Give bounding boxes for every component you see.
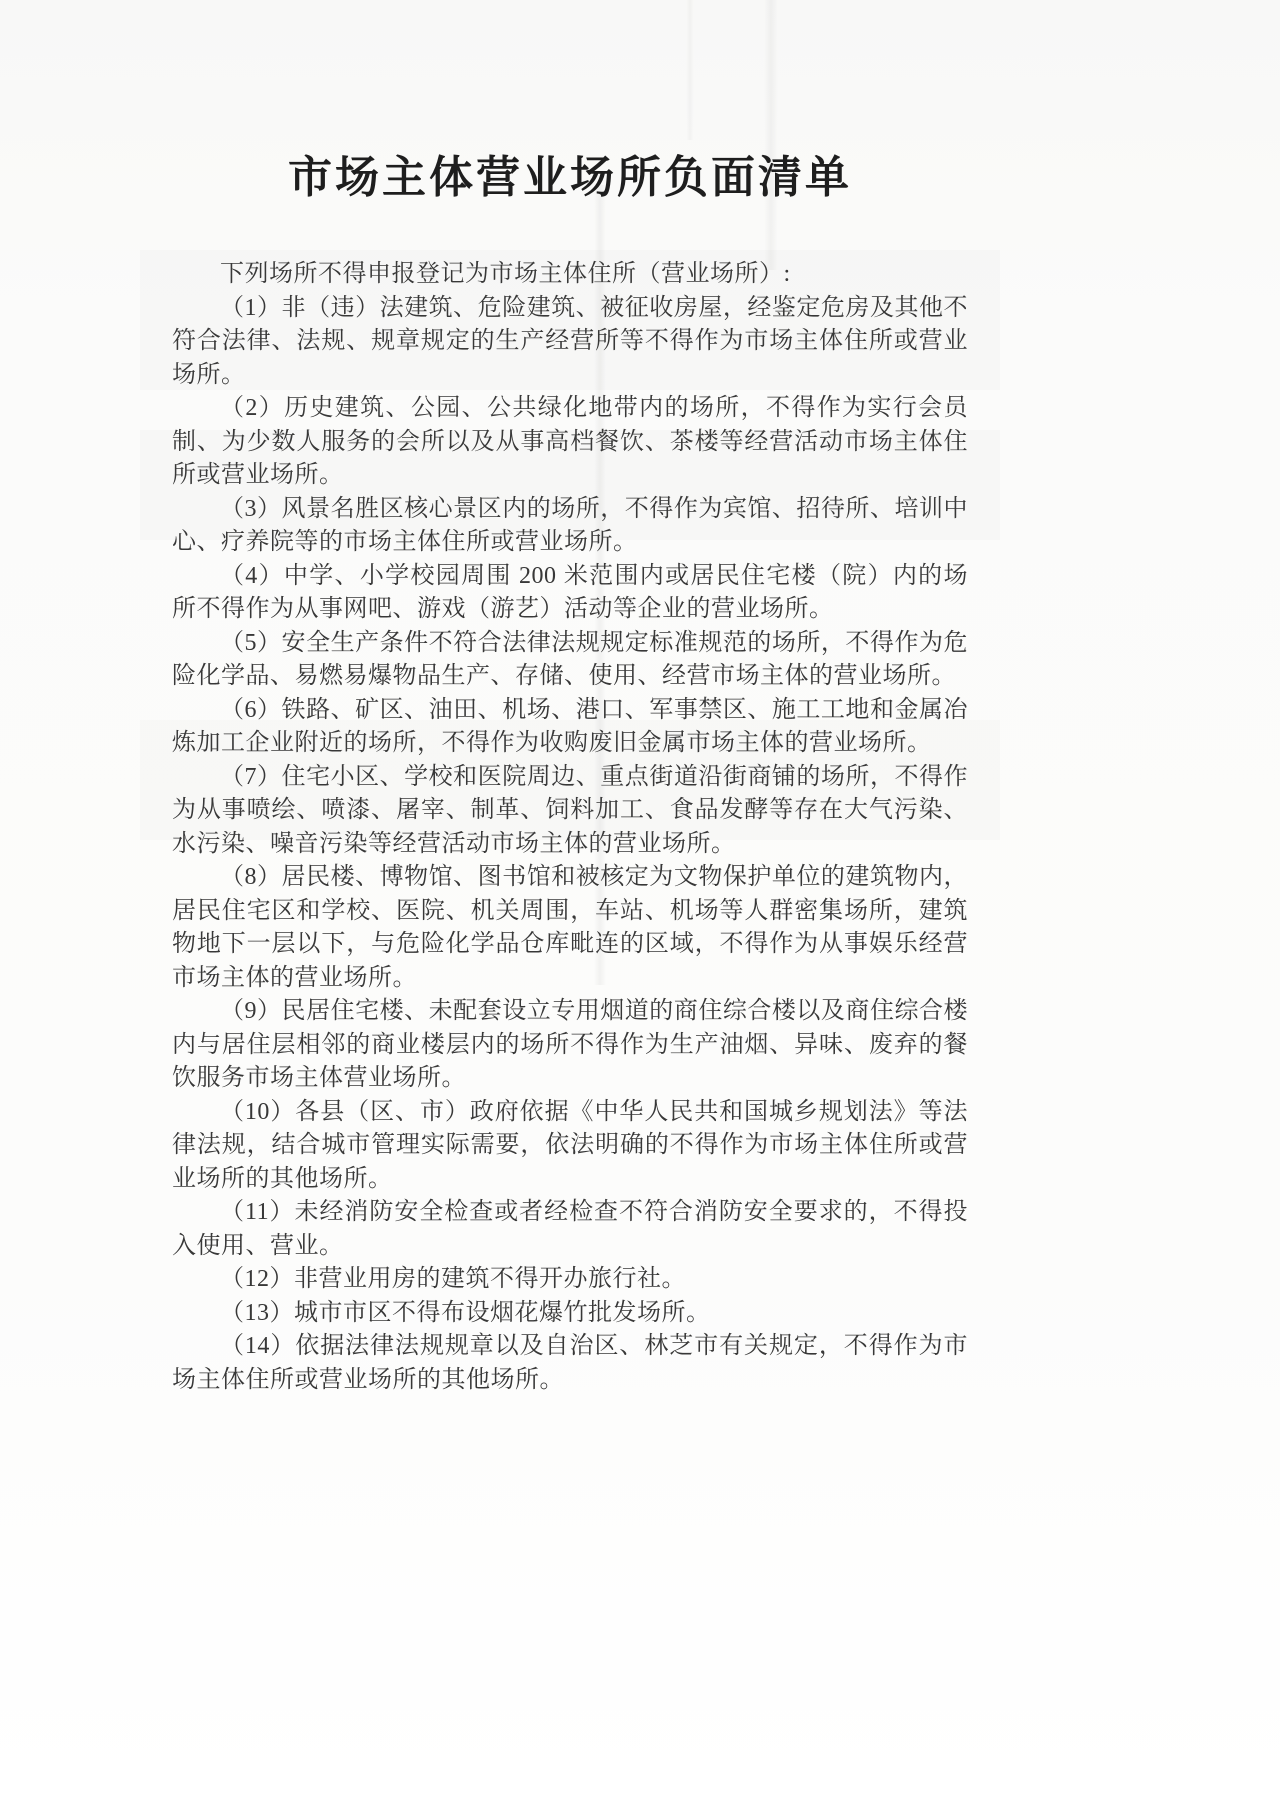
list-item: （1）非（违）法建筑、危险建筑、被征收房屋，经鉴定危房及其他不符合法律、法规、规… <box>172 292 968 393</box>
list-item: （7）住宅小区、学校和医院周边、重点街道沿街商铺的场所，不得作为从事喷绘、喷漆、… <box>172 761 968 862</box>
list-item: （3）风景名胜区核心景区内的场所，不得作为宾馆、招待所、培训中心、疗养院等的市场… <box>172 493 968 560</box>
scan-streak <box>686 0 694 140</box>
list-item: （2）历史建筑、公园、公共绿化地带内的场所，不得作为实行会员制、为少数人服务的会… <box>172 392 968 493</box>
list-item: （5）安全生产条件不符合法律法规规定标准规范的场所，不得作为危险化学品、易燃易爆… <box>172 627 968 694</box>
intro-line: 下列场所不得申报登记为市场主体住所（营业场所）: <box>172 258 968 292</box>
list-item: （11）未经消防安全检查或者经检查不符合消防安全要求的，不得投入使用、营业。 <box>172 1196 968 1263</box>
page-title: 市场主体营业场所负面清单 <box>172 150 968 206</box>
list-item: （6）铁路、矿区、油田、机场、港口、军事禁区、施工工地和金属冶炼加工企业附近的场… <box>172 694 968 761</box>
list-item: （13）城市市区不得布设烟花爆竹批发场所。 <box>172 1297 968 1331</box>
list-item: （10）各县（区、市）政府依据《中华人民共和国城乡规划法》等法律法规，结合城市管… <box>172 1096 968 1197</box>
list-item: （12）非营业用房的建筑不得开办旅行社。 <box>172 1263 968 1297</box>
list-item: （8）居民楼、博物馆、图书馆和被核定为文物保护单位的建筑物内，居民住宅区和学校、… <box>172 861 968 995</box>
list-item: （9）民居住宅楼、未配套设立专用烟道的商住综合楼以及商住综合楼内与居住层相邻的商… <box>172 995 968 1096</box>
document-body: 下列场所不得申报登记为市场主体住所（营业场所）: （1）非（违）法建筑、危险建筑… <box>172 258 968 1397</box>
list-item: （14）依据法律法规规章以及自治区、林芝市有关规定，不得作为市场主体住所或营业场… <box>172 1330 968 1397</box>
list-item: （4）中学、小学校园周围 200 米范围内或居民住宅楼（院）内的场所不得作为从事… <box>172 560 968 627</box>
scanned-document-page: 市场主体营业场所负面清单 下列场所不得申报登记为市场主体住所（营业场所）: （1… <box>0 0 1280 1797</box>
document-content: 市场主体营业场所负面清单 下列场所不得申报登记为市场主体住所（营业场所）: （1… <box>172 150 968 1397</box>
